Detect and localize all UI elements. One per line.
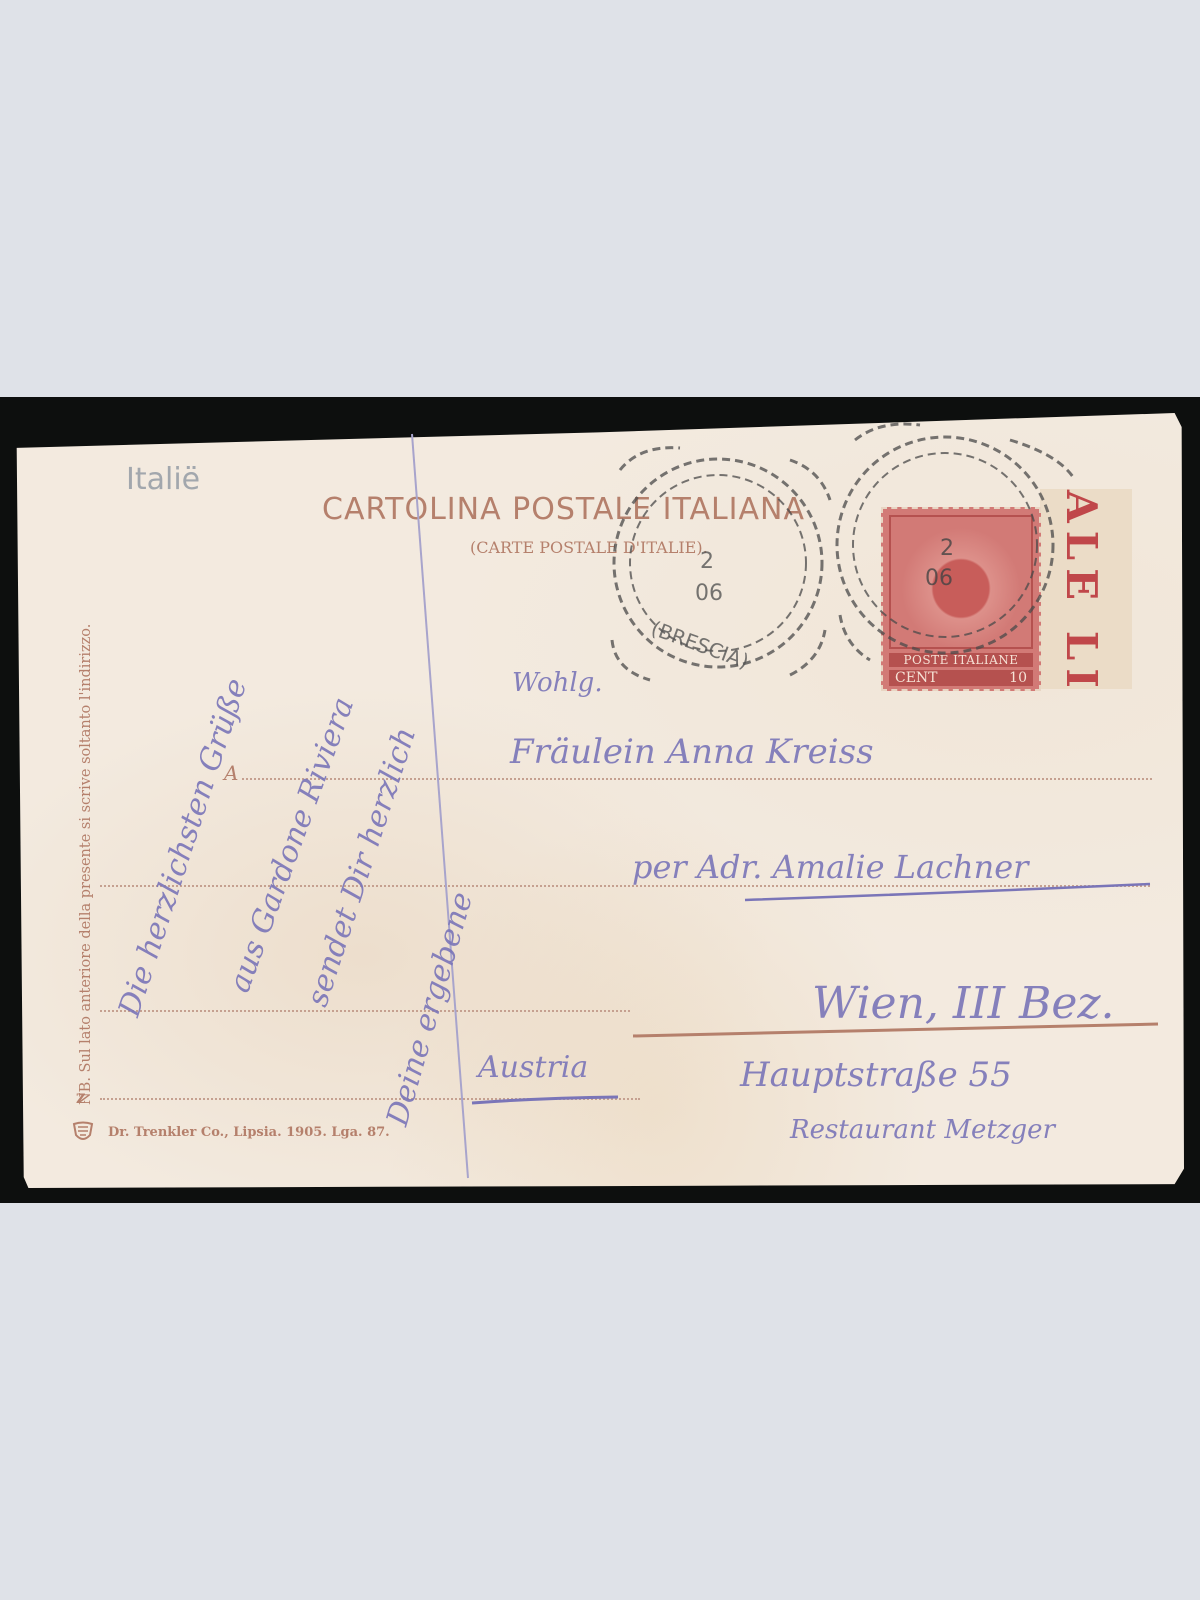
- address-line-3: Wien, III Bez.: [812, 978, 1115, 1029]
- publisher-text: Dr. Trenkler Co., Lipsia. 1905. Lga. 87.: [108, 1125, 390, 1140]
- stamp-unit: CENT: [895, 670, 938, 686]
- card-title: CARTOLINA POSTALE ITALIANA: [322, 492, 805, 527]
- address-line: [100, 1010, 630, 1012]
- card-subtitle: (CARTE POSTALE D'ITALIE).: [470, 538, 708, 557]
- postage-stamp: POSTE ITALIANE CENT 10: [881, 507, 1041, 691]
- stamp-value-number: 10: [1009, 670, 1027, 686]
- address-line-4: Hauptstraße 55: [740, 1055, 1012, 1095]
- address-line: [100, 1098, 640, 1100]
- stamp-denomination: CENT 10: [889, 670, 1033, 686]
- publisher-imprint: Dr. Trenkler Co., Lipsia. 1905. Lga. 87.: [72, 1121, 390, 1143]
- stamp-issuer: POSTE ITALIANE: [889, 653, 1033, 667]
- address-line-5: Restaurant Metzger: [790, 1115, 1055, 1145]
- address-salutation: Wohlg.: [512, 668, 603, 698]
- line-marker-z: Z: [76, 1092, 86, 1107]
- stamp-portrait: [889, 515, 1033, 649]
- handwritten-country-note: Italië: [126, 462, 200, 497]
- selvage-text: ALE LI: [1057, 490, 1106, 696]
- address-line-2: per Adr. Amalie Lachner: [632, 848, 1028, 886]
- address-line-1: Fräulein Anna Kreiss: [510, 732, 874, 772]
- publisher-logo-icon: [72, 1121, 94, 1143]
- address-country: Austria: [478, 1050, 588, 1085]
- side-note: NB. Sul lato anteriore della presente si…: [78, 624, 94, 1105]
